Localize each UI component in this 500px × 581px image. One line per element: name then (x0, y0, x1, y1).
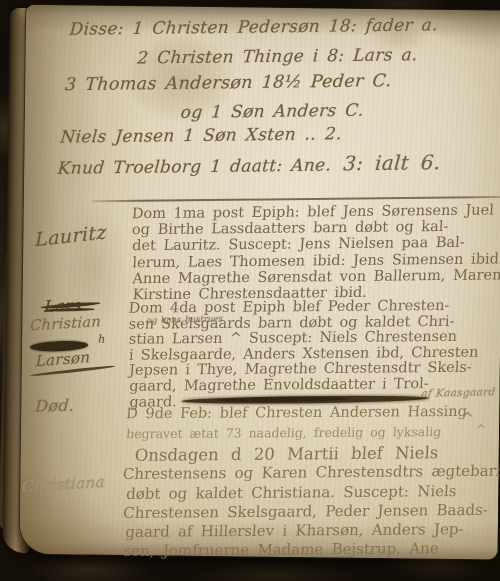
margin-name-larsoen: Larsøn (36, 348, 91, 370)
tally-line: og 1 Søn Anders C. (180, 101, 364, 123)
burial-record: D 9de Feb: blef Chresten Andersen Hassin… (126, 403, 467, 443)
margin-name-christian: Christian (30, 314, 101, 334)
tally-line: 3 Thomas Andersøn 18½ Peder C. (64, 71, 392, 95)
record-line: begravet ætat 73 naadelig, fredelig og l… (126, 422, 468, 443)
tally-total: 3: ialt 6. (342, 150, 441, 175)
record-line: D 9de Feb: blef Chresten Andersen Hassin… (125, 403, 467, 424)
tally-line: Knud Troelborg 1 daatt: Ane.3: ialt 6. (57, 150, 441, 179)
manuscript-photo: Disse: 1 Christen Pedersøn 18: fader a. … (0, 0, 500, 581)
margin-note-died: Død. (35, 396, 75, 416)
tally-line-text: Knud Troelborg 1 daatt: Ane. (57, 156, 332, 179)
tally-line: Disse: 1 Christen Pedersøn 18: fader a. (69, 15, 439, 39)
margin-name-lauritz: Lauritz (35, 222, 107, 252)
margin-name-christiana: Christiana (22, 473, 105, 496)
section-divider-line (92, 196, 500, 202)
margin-h-mark: h (98, 333, 106, 346)
baptism-record-christiana: Onsdagen d 20 Martii blef Niels Chresten… (123, 443, 500, 562)
tally-line: 2 Christen Thinge i 8: Lars a. (137, 45, 419, 68)
insertion-caret: ^ (476, 422, 487, 436)
register-page: Disse: 1 Christen Pedersøn 18: fader a. … (20, 5, 500, 560)
record-line: sen, Jomfruerne Madame Bejstrup, Ane (123, 539, 500, 562)
insertion-caret: ^ (461, 409, 474, 427)
tally-line: Niels Jensen 1 Søn Xsten .. 2. (60, 124, 343, 147)
marginal-fragment: af Kaasgaard (421, 386, 496, 400)
baptism-record-lauritz: Dom 1ma post Epiph: blef Jens Sørensens … (132, 202, 500, 303)
